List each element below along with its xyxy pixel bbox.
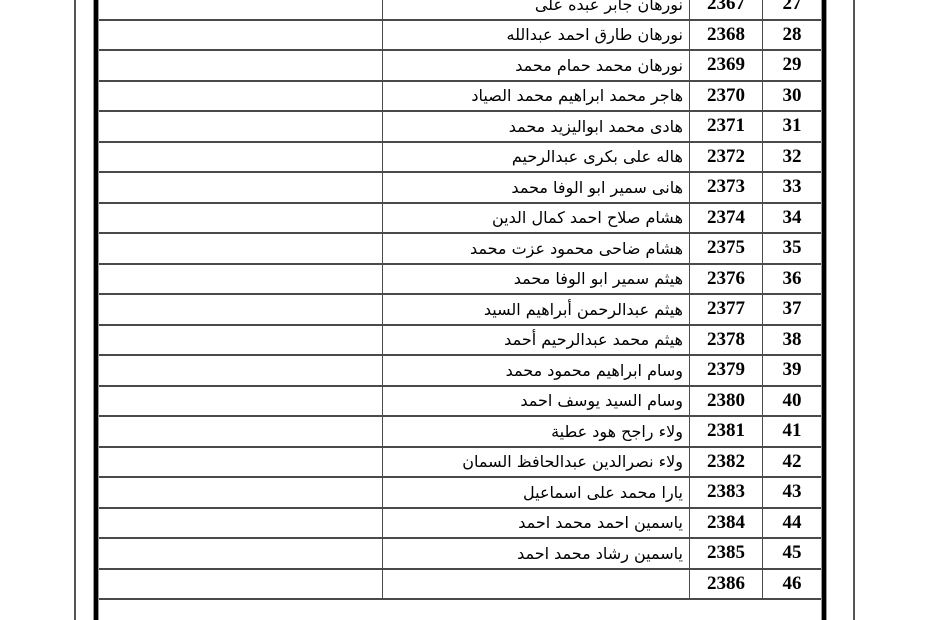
page-border-right bbox=[853, 0, 855, 620]
row-index-cell: 32 bbox=[763, 142, 822, 173]
table-row: 272367نورهان جابر عبده على bbox=[99, 0, 821, 20]
table-row: 352375هشام ضاحى محمود عزت محمد bbox=[99, 233, 821, 264]
student-code-cell: 2373 bbox=[690, 172, 763, 203]
student-name-cell: هادى محمد ابواليزيد محمد bbox=[383, 111, 690, 142]
table-row: 452385ياسمين رشاد محمد احمد bbox=[99, 538, 821, 569]
row-index-cell: 38 bbox=[763, 325, 822, 356]
student-code-cell: 2377 bbox=[690, 294, 763, 325]
student-code-cell: 2386 bbox=[690, 569, 763, 600]
table-row: 322372هاله على بكرى عبدالرحيم bbox=[99, 142, 821, 173]
student-name-cell: نورهان جابر عبده على bbox=[383, 0, 690, 20]
student-name-cell: هاله على بكرى عبدالرحيم bbox=[383, 142, 690, 173]
student-code-cell: 2374 bbox=[690, 203, 763, 234]
notes-cell bbox=[99, 569, 383, 600]
student-name-cell: ياسمين احمد محمد احمد bbox=[383, 508, 690, 539]
student-code-cell: 2367 bbox=[690, 0, 763, 20]
student-name-cell: نورهان محمد حمام محمد bbox=[383, 50, 690, 81]
row-index-cell: 28 bbox=[763, 20, 822, 51]
notes-cell bbox=[99, 416, 383, 447]
notes-cell bbox=[99, 81, 383, 112]
table-row: 342374هشام صلاح احمد كمال الدين bbox=[99, 203, 821, 234]
student-name-cell: هانى سمير ابو الوفا محمد bbox=[383, 172, 690, 203]
row-index-cell: 45 bbox=[763, 538, 822, 569]
row-index-cell: 44 bbox=[763, 508, 822, 539]
student-code-cell: 2380 bbox=[690, 386, 763, 417]
notes-cell bbox=[99, 538, 383, 569]
student-code-cell: 2382 bbox=[690, 447, 763, 478]
row-index-cell: 46 bbox=[763, 569, 822, 600]
table-row: 332373هانى سمير ابو الوفا محمد bbox=[99, 172, 821, 203]
student-code-cell: 2371 bbox=[690, 111, 763, 142]
student-code-cell: 2384 bbox=[690, 508, 763, 539]
student-name-cell: هيثم سمير ابو الوفا محمد bbox=[383, 264, 690, 295]
student-name-cell: هشام ضاحى محمود عزت محمد bbox=[383, 233, 690, 264]
row-index-cell: 30 bbox=[763, 81, 822, 112]
table-row: 432383يارا محمد على اسماعيل bbox=[99, 477, 821, 508]
notes-cell bbox=[99, 355, 383, 386]
student-table-container: 272367نورهان جابر عبده على282368نورهان ط… bbox=[99, 0, 821, 600]
student-code-cell: 2381 bbox=[690, 416, 763, 447]
notes-cell bbox=[99, 447, 383, 478]
table-row: 462386 bbox=[99, 569, 821, 600]
notes-cell bbox=[99, 264, 383, 295]
table-row: 302370هاجر محمد ابراهيم محمد الصياد bbox=[99, 81, 821, 112]
page-border-left bbox=[74, 0, 76, 620]
notes-cell bbox=[99, 477, 383, 508]
student-name-cell: هاجر محمد ابراهيم محمد الصياد bbox=[383, 81, 690, 112]
student-name-cell: هيثم محمد عبدالرحيم أحمد bbox=[383, 325, 690, 356]
table-row: 362376هيثم سمير ابو الوفا محمد bbox=[99, 264, 821, 295]
notes-cell bbox=[99, 203, 383, 234]
table-row: 372377هيثم عبدالرحمن أبراهيم السيد bbox=[99, 294, 821, 325]
student-name-cell: ياسمين رشاد محمد احمد bbox=[383, 538, 690, 569]
row-index-cell: 42 bbox=[763, 447, 822, 478]
student-code-cell: 2385 bbox=[690, 538, 763, 569]
student-code-cell: 2376 bbox=[690, 264, 763, 295]
student-name-cell: ولاء راجح هود عطية bbox=[383, 416, 690, 447]
table-row: 442384ياسمين احمد محمد احمد bbox=[99, 508, 821, 539]
notes-cell bbox=[99, 172, 383, 203]
student-table-body: 272367نورهان جابر عبده على282368نورهان ط… bbox=[99, 0, 821, 599]
notes-cell bbox=[99, 50, 383, 81]
student-name-cell: هيثم عبدالرحمن أبراهيم السيد bbox=[383, 294, 690, 325]
notes-cell bbox=[99, 20, 383, 51]
row-index-cell: 27 bbox=[763, 0, 822, 20]
student-code-cell: 2372 bbox=[690, 142, 763, 173]
student-code-cell: 2369 bbox=[690, 50, 763, 81]
student-code-cell: 2370 bbox=[690, 81, 763, 112]
student-name-cell: هشام صلاح احمد كمال الدين bbox=[383, 203, 690, 234]
notes-cell bbox=[99, 325, 383, 356]
table-row: 312371هادى محمد ابواليزيد محمد bbox=[99, 111, 821, 142]
row-index-cell: 39 bbox=[763, 355, 822, 386]
row-index-cell: 37 bbox=[763, 294, 822, 325]
notes-cell bbox=[99, 386, 383, 417]
student-name-cell bbox=[383, 569, 690, 600]
student-name-cell: نورهان طارق احمد عبدالله bbox=[383, 20, 690, 51]
notes-cell bbox=[99, 508, 383, 539]
table-row: 402380وسام السيد يوسف احمد bbox=[99, 386, 821, 417]
student-name-cell: وسام السيد يوسف احمد bbox=[383, 386, 690, 417]
row-index-cell: 36 bbox=[763, 264, 822, 295]
table-row: 282368نورهان طارق احمد عبدالله bbox=[99, 20, 821, 51]
table-frame-right bbox=[821, 0, 827, 620]
student-table: 272367نورهان جابر عبده على282368نورهان ط… bbox=[99, 0, 821, 600]
table-row: 412381ولاء راجح هود عطية bbox=[99, 416, 821, 447]
table-row: 382378هيثم محمد عبدالرحيم أحمد bbox=[99, 325, 821, 356]
notes-cell bbox=[99, 233, 383, 264]
notes-cell bbox=[99, 0, 383, 20]
table-row: 292369نورهان محمد حمام محمد bbox=[99, 50, 821, 81]
notes-cell bbox=[99, 294, 383, 325]
student-code-cell: 2368 bbox=[690, 20, 763, 51]
notes-cell bbox=[99, 111, 383, 142]
table-row: 422382ولاء نصرالدين عبدالحافظ السمان bbox=[99, 447, 821, 478]
student-name-cell: وسام ابراهيم محمود محمد bbox=[383, 355, 690, 386]
student-code-cell: 2375 bbox=[690, 233, 763, 264]
student-name-cell: ولاء نصرالدين عبدالحافظ السمان bbox=[383, 447, 690, 478]
row-index-cell: 29 bbox=[763, 50, 822, 81]
row-index-cell: 35 bbox=[763, 233, 822, 264]
row-index-cell: 43 bbox=[763, 477, 822, 508]
row-index-cell: 31 bbox=[763, 111, 822, 142]
row-index-cell: 40 bbox=[763, 386, 822, 417]
student-name-cell: يارا محمد على اسماعيل bbox=[383, 477, 690, 508]
notes-cell bbox=[99, 142, 383, 173]
row-index-cell: 34 bbox=[763, 203, 822, 234]
table-row: 392379وسام ابراهيم محمود محمد bbox=[99, 355, 821, 386]
row-index-cell: 41 bbox=[763, 416, 822, 447]
student-code-cell: 2383 bbox=[690, 477, 763, 508]
student-code-cell: 2379 bbox=[690, 355, 763, 386]
student-code-cell: 2378 bbox=[690, 325, 763, 356]
row-index-cell: 33 bbox=[763, 172, 822, 203]
